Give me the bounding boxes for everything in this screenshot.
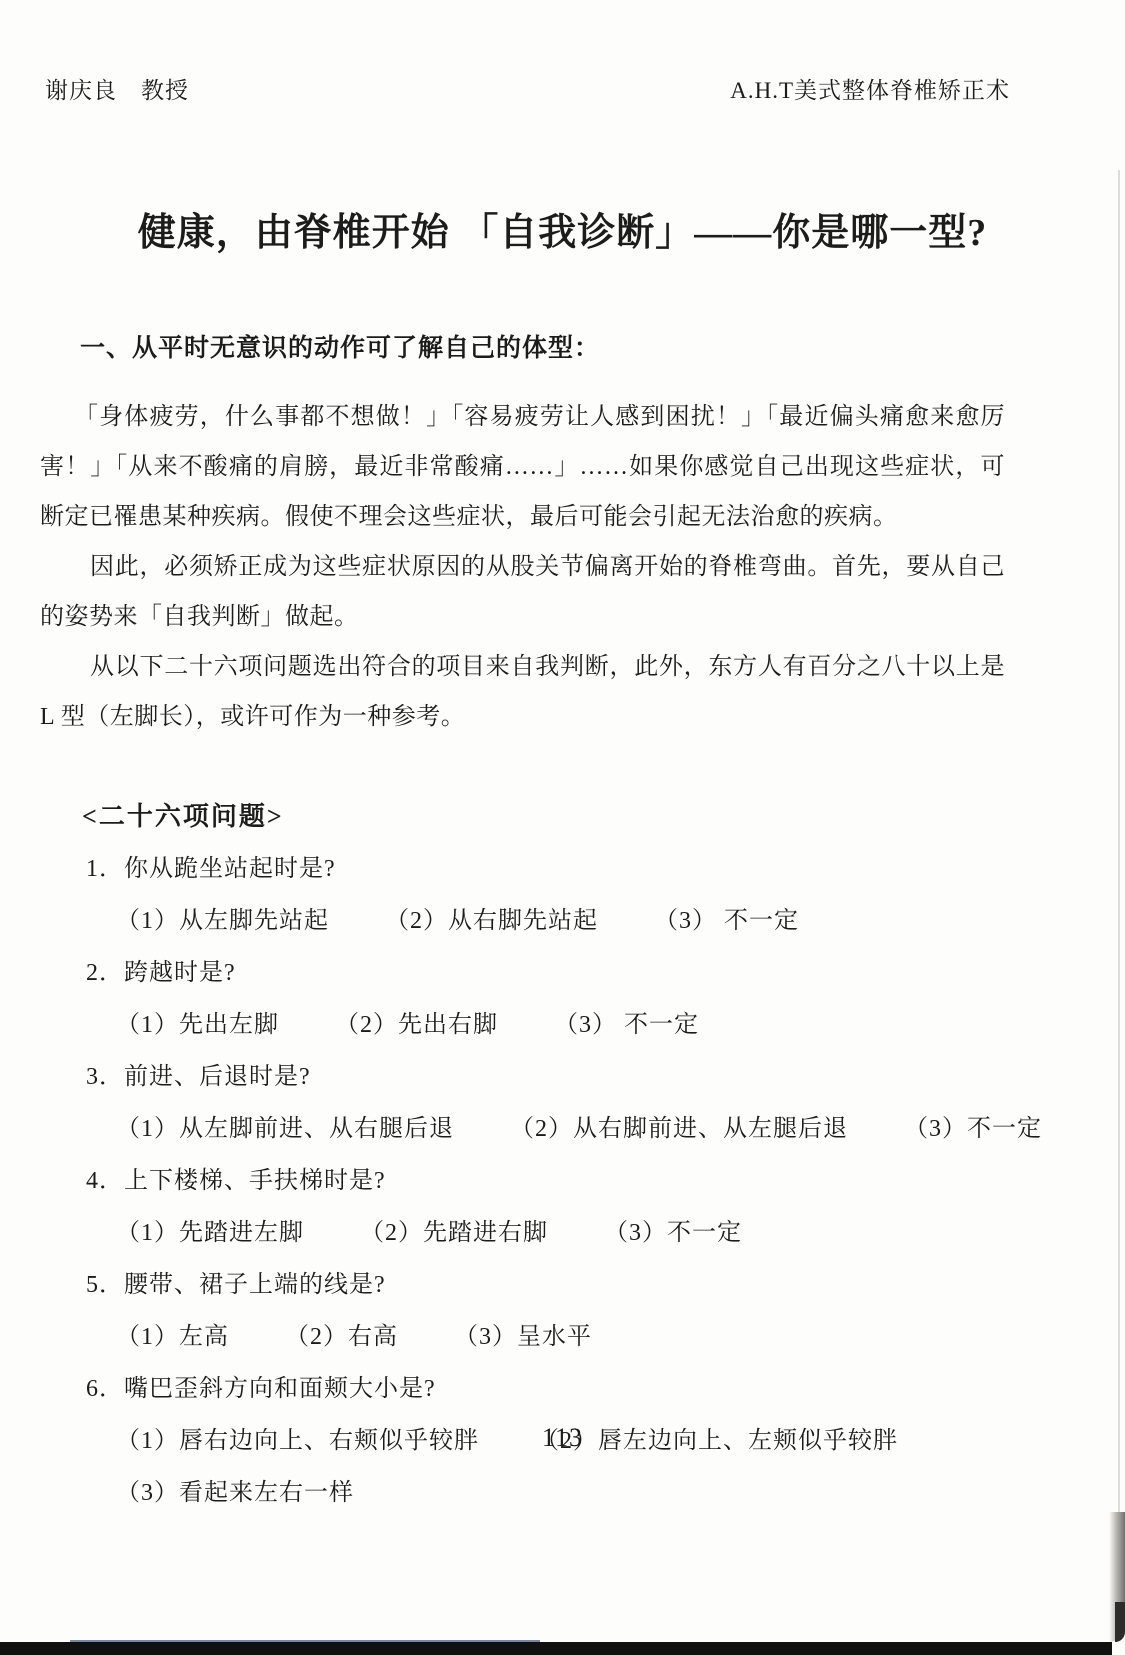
question-text: 3．前进、后退时是? <box>86 1051 1085 1103</box>
body-text: 「身体疲劳，什么事都不想做！」「容易疲劳让人感到困扰！」「最近偏头痛愈来愈厉害！… <box>40 392 1005 742</box>
option-row: （3）看起来左右一样 <box>116 1467 1085 1519</box>
option-row: （1）从左脚先站起（2）从右脚先站起（3） 不一定 <box>116 895 1085 947</box>
option-text: （3）不一定 <box>604 1207 742 1259</box>
option-text: （1）先出左脚 <box>116 999 279 1051</box>
option-text: （3）不一定 <box>904 1103 1042 1155</box>
scanned-book-page: 谢庆良 教授 A.H.T美式整体脊椎矫正术 健康，由脊椎开始 「自我诊断」——你… <box>0 0 1125 1655</box>
header-book-title: A.H.T美式整体脊椎矫正术 <box>730 72 1010 105</box>
option-text: （1）从左脚前进、从右腿后退 <box>116 1103 454 1155</box>
option-text: （1）从左脚先站起 <box>116 895 329 947</box>
question-text: 4．上下楼梯、手扶梯时是? <box>86 1155 1085 1207</box>
option-row: （1）先踏进左脚（2）先踏进右脚（3）不一定 <box>116 1207 1085 1259</box>
option-text: （2）右高 <box>285 1311 398 1363</box>
option-row: （1）左高（2）右高（3）呈水平 <box>116 1311 1085 1363</box>
option-text: （2）先出右脚 <box>335 999 498 1051</box>
running-header: 谢庆良 教授 A.H.T美式整体脊椎矫正术 <box>0 0 1125 105</box>
option-text: （1）左高 <box>116 1311 229 1363</box>
option-text: （3）呈水平 <box>454 1311 592 1363</box>
page-number: 113 <box>0 1423 1125 1453</box>
header-author: 谢庆良 教授 <box>45 72 189 105</box>
scan-edge-strip <box>0 1642 1112 1655</box>
paragraph-3: 从以下二十六项问题选出符合的项目来自我判断，此外，东方人有百分之八十以上是 L … <box>40 642 1005 742</box>
option-text: （3） 不一定 <box>654 895 799 947</box>
question-text: 1．你从跪坐站起时是? <box>86 843 1085 895</box>
option-text: （2）从右脚前进、从左腿后退 <box>510 1103 848 1155</box>
option-row: （1）从左脚前进、从右腿后退（2）从右脚前进、从左腿后退（3）不一定 <box>116 1103 1085 1155</box>
paragraph-1: 「身体疲劳，什么事都不想做！」「容易疲劳让人感到困扰！」「最近偏头痛愈来愈厉害！… <box>40 392 1005 542</box>
question-text: 2．跨越时是? <box>86 947 1085 999</box>
question-block: 4．上下楼梯、手扶梯时是?（1）先踏进左脚（2）先踏进右脚（3）不一定 <box>40 1155 1085 1259</box>
section-heading: 一、从平时无意识的动作可了解自己的体型： <box>80 328 1125 364</box>
page-curl-corner <box>1115 1602 1125 1642</box>
question-block: 5．腰带、裙子上端的线是?（1）左高（2）右高（3）呈水平 <box>40 1259 1085 1363</box>
question-text: 6．嘴巴歪斜方向和面颊大小是? <box>86 1363 1085 1415</box>
option-text: （2）先踏进右脚 <box>360 1207 548 1259</box>
option-text: （1）先踏进左脚 <box>116 1207 304 1259</box>
paragraph-2: 因此，必须矫正成为这些症状原因的从股关节偏离开始的脊椎弯曲。首先，要从自己的姿势… <box>40 542 1005 642</box>
questions-list: 1．你从跪坐站起时是?（1）从左脚先站起（2）从右脚先站起（3） 不一定2．跨越… <box>40 843 1085 1519</box>
question-text: 5．腰带、裙子上端的线是? <box>86 1259 1085 1311</box>
option-text: （2）从右脚先站起 <box>385 895 598 947</box>
question-block: 3．前进、后退时是?（1）从左脚前进、从右腿后退（2）从右脚前进、从左腿后退（3… <box>40 1051 1085 1155</box>
option-text: （3）看起来左右一样 <box>116 1467 354 1519</box>
option-text: （3） 不一定 <box>554 999 699 1051</box>
page-title: 健康，由脊椎开始 「自我诊断」——你是哪一型? <box>60 201 1065 256</box>
questions-heading: <二十六项问题> <box>82 796 1125 833</box>
question-block: 1．你从跪坐站起时是?（1）从左脚先站起（2）从右脚先站起（3） 不一定 <box>40 843 1085 947</box>
question-block: 2．跨越时是?（1）先出左脚（2）先出右脚（3） 不一定 <box>40 947 1085 1051</box>
page-content: 谢庆良 教授 A.H.T美式整体脊椎矫正术 健康，由脊椎开始 「自我诊断」——你… <box>0 0 1125 1519</box>
option-row: （1）先出左脚（2）先出右脚（3） 不一定 <box>116 999 1085 1051</box>
